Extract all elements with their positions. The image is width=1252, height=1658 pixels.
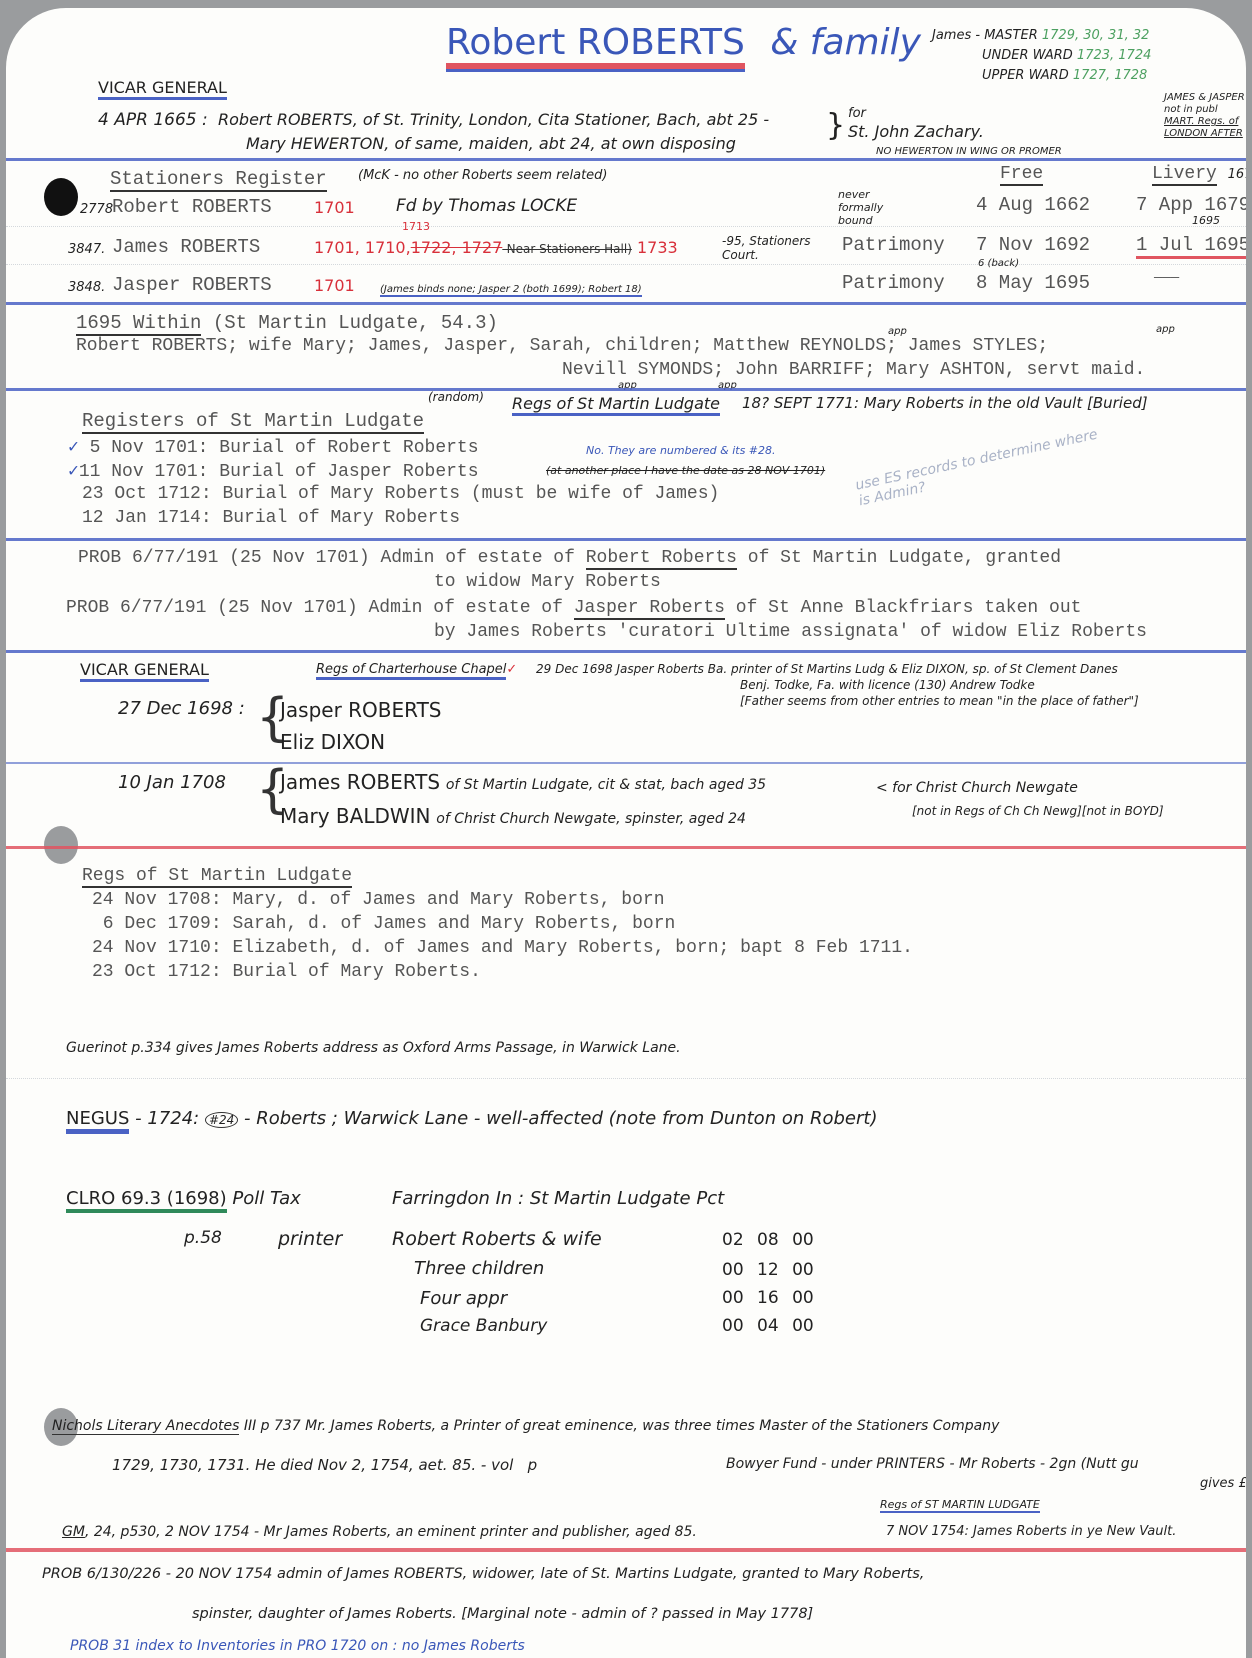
register-note: (James binds none; Jasper 2 (both 1699);… [380, 284, 642, 295]
vg-place: St. John Zachary. [848, 122, 984, 141]
nichols-entry: Nichols Literary Anecdotes III p 737 Mr.… [52, 1418, 999, 1434]
app-mark: app [888, 326, 907, 337]
negus-entry: NEGUS - 1724: #24 - Roberts ; Warwick La… [66, 1108, 877, 1129]
register-free: 8 May 1695 [976, 272, 1090, 294]
burial-note-above: No. They are numbered & its #28. [586, 444, 776, 457]
burial-note-struck: (at another place I have the date as 28 … [546, 464, 825, 477]
charterhouse-line-1: 29 Dec 1698 Jasper Roberts Ba. printer o… [536, 662, 1118, 676]
within-line-2: Nevill SYMONDS; John BARRIFF; Mary ASHTO… [562, 360, 1145, 380]
section-heading-vicar-general-2: VICAR GENERAL [80, 660, 209, 679]
gm-regs-text: 7 NOV 1754: James Roberts in ye New Vaul… [886, 1524, 1176, 1539]
register-years: 1701 [314, 276, 355, 295]
vg-for: for [848, 106, 866, 121]
section-divider [6, 388, 1246, 391]
prob-1754-line-1: PROB 6/130/226 - 20 NOV 1754 admin of Ja… [42, 1566, 924, 1582]
ruled-line [6, 1078, 1246, 1079]
office-row: UNDER WARD 1723, 1724 [932, 46, 1151, 66]
vg-line-groom: Robert ROBERTS, of St. Trinity, London, … [218, 110, 769, 129]
title-suffix: & family [770, 22, 921, 63]
register-name: Jasper ROBERTS [112, 274, 272, 296]
register-livery: 1 Jul 1695 [1136, 234, 1246, 256]
marriage-date: 27 Dec 1698 : [118, 698, 245, 719]
marriage-bride: Eliz DIXON [280, 730, 385, 754]
random-note-text: 18? SEPT 1771: Mary Roberts in the old V… [742, 394, 1148, 412]
charterhouse-link: Regs of Charterhouse Chapel✓ [316, 662, 517, 677]
ruled-line [6, 226, 1246, 227]
poll-tax-amount: 00 12 00 [722, 1260, 814, 1280]
register-route: Patrimony [842, 234, 945, 256]
register-name: James ROBERTS [112, 236, 260, 258]
stationers-heading-note: (McK - no other Roberts seem related) [358, 168, 608, 183]
col-header-livery: Livery 1679 [1152, 164, 1246, 184]
office-row: UPPER WARD 1727, 1728 [932, 66, 1151, 86]
bowyer-fund-2: gives £5) [1200, 1476, 1246, 1491]
register-num: 3847. [68, 242, 105, 257]
ruled-line [6, 762, 1246, 764]
marriage-date: 10 Jan 1708 [118, 772, 226, 793]
col-header-free: Free [1000, 164, 1043, 184]
prob-31-note: PROB 31 index to Inventories in PRO 1720… [70, 1638, 525, 1654]
register-years: 1701 [314, 198, 355, 217]
registers-heading: Registers of St Martin Ludgate [82, 410, 424, 432]
register-free: 7 Nov 1692 [976, 234, 1090, 256]
side-note-christ-church: < for Christ Church Newgate [876, 780, 1078, 796]
poll-tax-person: Three children [414, 1258, 544, 1279]
register-name: Robert ROBERTS [112, 196, 272, 218]
clro-place: Farringdon In : St Martin Ludgate Pct [392, 1188, 724, 1209]
stationers-heading: Stationers Register [110, 168, 327, 190]
register-free: 4 Aug 1662 [976, 194, 1090, 216]
title-main: Robert ROBERTS [446, 22, 745, 69]
clro-heading: CLRO 69.3 (1698) Poll Tax [66, 1188, 301, 1209]
register-livery-note: 1695 [1192, 214, 1220, 227]
bowyer-fund: Bowyer Fund - under PRINTERS - Mr Robert… [726, 1456, 1139, 1472]
poll-tax-person: Four appr [420, 1288, 507, 1309]
gm-entry: GM, 24, p530, 2 NOV 1754 - Mr James Robe… [62, 1524, 697, 1540]
poll-tax-amount: 00 04 00 [722, 1316, 814, 1336]
register-num: 2778 [80, 202, 113, 217]
page-title: Robert ROBERTS & family [446, 22, 921, 63]
binder-hole [44, 826, 78, 864]
register-route: Patrimony [842, 272, 945, 294]
prob-entry: PROB 6/77/191 (25 Nov 1701) Admin of est… [78, 548, 1061, 568]
poll-tax-person: Grace Banbury [420, 1316, 547, 1336]
side-note-not-in-regs: [not in Regs of Ch Ch Newg][not in BOYD] [912, 804, 1164, 818]
burial-entry: 12 Jan 1714: Burial of Mary Roberts [82, 508, 460, 528]
gm-regs-link: Regs of ST MARTIN LUDGATE [880, 1498, 1040, 1511]
ruled-line [6, 264, 1246, 265]
regs-heading-2: Regs of St Martin Ludgate [82, 866, 352, 886]
register-years-above: 1713 [402, 220, 430, 233]
register-years-after: -95, Stationers Court. [722, 234, 842, 262]
marriage-bride: Mary BALDWIN of Christ Church Newgate, s… [280, 804, 746, 828]
vg-side-note: JAMES & JASPER not in publ MART. Regs. o… [1164, 92, 1245, 140]
section-divider [6, 302, 1246, 305]
burial-entry: ✓ 5 Nov 1701: Burial of Robert Roberts [68, 436, 479, 458]
nichols-line-2: 1729, 1730, 1731. He died Nov 2, 1754, a… [112, 1456, 537, 1474]
register-note: Fd by Thomas LOCKE [396, 196, 577, 216]
section-divider [6, 1548, 1246, 1552]
poll-tax-amount: 02 08 00 [722, 1230, 814, 1250]
burial-entry: ✓11 Nov 1701: Burial of Jasper Roberts [68, 460, 479, 482]
within-heading: 1695 Within (St Martin Ludgate, 54.3) [76, 312, 498, 334]
notebook-page: Robert ROBERTS & family James - MASTER 1… [6, 8, 1246, 1658]
binder-hole [44, 178, 78, 216]
marriage-groom: James ROBERTS of St Martin Ludgate, cit … [280, 770, 766, 794]
birth-entry: 24 Nov 1708: Mary, d. of James and Mary … [92, 890, 665, 910]
app-mark: app [1156, 324, 1175, 335]
register-years: 1701, 1710,1722, 1727-Near Stationers Ha… [314, 238, 678, 257]
poll-tax-person: Robert Roberts & wife [392, 1228, 602, 1250]
vg-date: 4 APR 1665 : [98, 110, 208, 130]
register-livery: ——— [1154, 270, 1179, 286]
burial-entry: 23 Oct 1712: Burial of Mary Roberts. [92, 962, 481, 982]
vg-line-bride: Mary HEWERTON, of same, maiden, abt 24, … [246, 134, 736, 153]
vg-note: NO HEWERTON IN WING OR PROMER [876, 146, 1062, 157]
marriage-groom: Jasper ROBERTS [280, 698, 442, 722]
charterhouse-line-3: [Father seems from other entries to mean… [740, 694, 1139, 708]
brace: } [826, 108, 845, 143]
prob-entry-line2: to widow Mary Roberts [434, 572, 661, 592]
clro-page: p.58 [184, 1228, 222, 1248]
section-divider [6, 538, 1246, 541]
register-free-note: 6 (back) [978, 258, 1019, 269]
charterhouse-line-2: Benj. Todke, Fa. with licence (130) Andr… [740, 678, 1035, 692]
birth-entry: 24 Nov 1710: Elizabeth, d. of James and … [92, 938, 913, 958]
burial-entry: 23 Oct 1712: Burial of Mary Roberts (mus… [82, 484, 719, 504]
poll-tax-amount: 00 16 00 [722, 1288, 814, 1308]
prob-entry-line2: by James Roberts 'curatori Ultime assign… [434, 622, 1147, 642]
register-num: 3848. [68, 280, 105, 295]
offices-list: James - MASTER 1729, 30, 31, 32 UNDER WA… [932, 26, 1151, 86]
section-divider [6, 846, 1246, 849]
guerinot-note: Guerinot p.334 gives James Roberts addre… [66, 1040, 681, 1056]
clro-occupation: printer [278, 1228, 342, 1250]
random-note-prefix: (random) [428, 390, 484, 404]
register-livery: 7 App 1679 [1136, 194, 1246, 216]
section-divider [6, 650, 1246, 653]
within-line-1: Robert ROBERTS; wife Mary; James, Jasper… [76, 336, 1048, 356]
random-note-link: Regs of St Martin Ludgate [512, 394, 720, 413]
register-route: never formally bound [838, 188, 918, 227]
office-row: James - MASTER 1729, 30, 31, 32 [932, 26, 1151, 46]
section-heading-vicar-general: VICAR GENERAL [98, 78, 227, 97]
birth-entry: 6 Dec 1709: Sarah, d. of James and Mary … [92, 914, 675, 934]
prob-entry: PROB 6/77/191 (25 Nov 1701) Admin of est… [66, 598, 1081, 618]
section-divider [6, 158, 1246, 161]
pencil-note: use ES records to determine where is Adm… [854, 424, 1115, 509]
prob-1754-line-2: spinster, daughter of James Roberts. [Ma… [192, 1606, 813, 1622]
